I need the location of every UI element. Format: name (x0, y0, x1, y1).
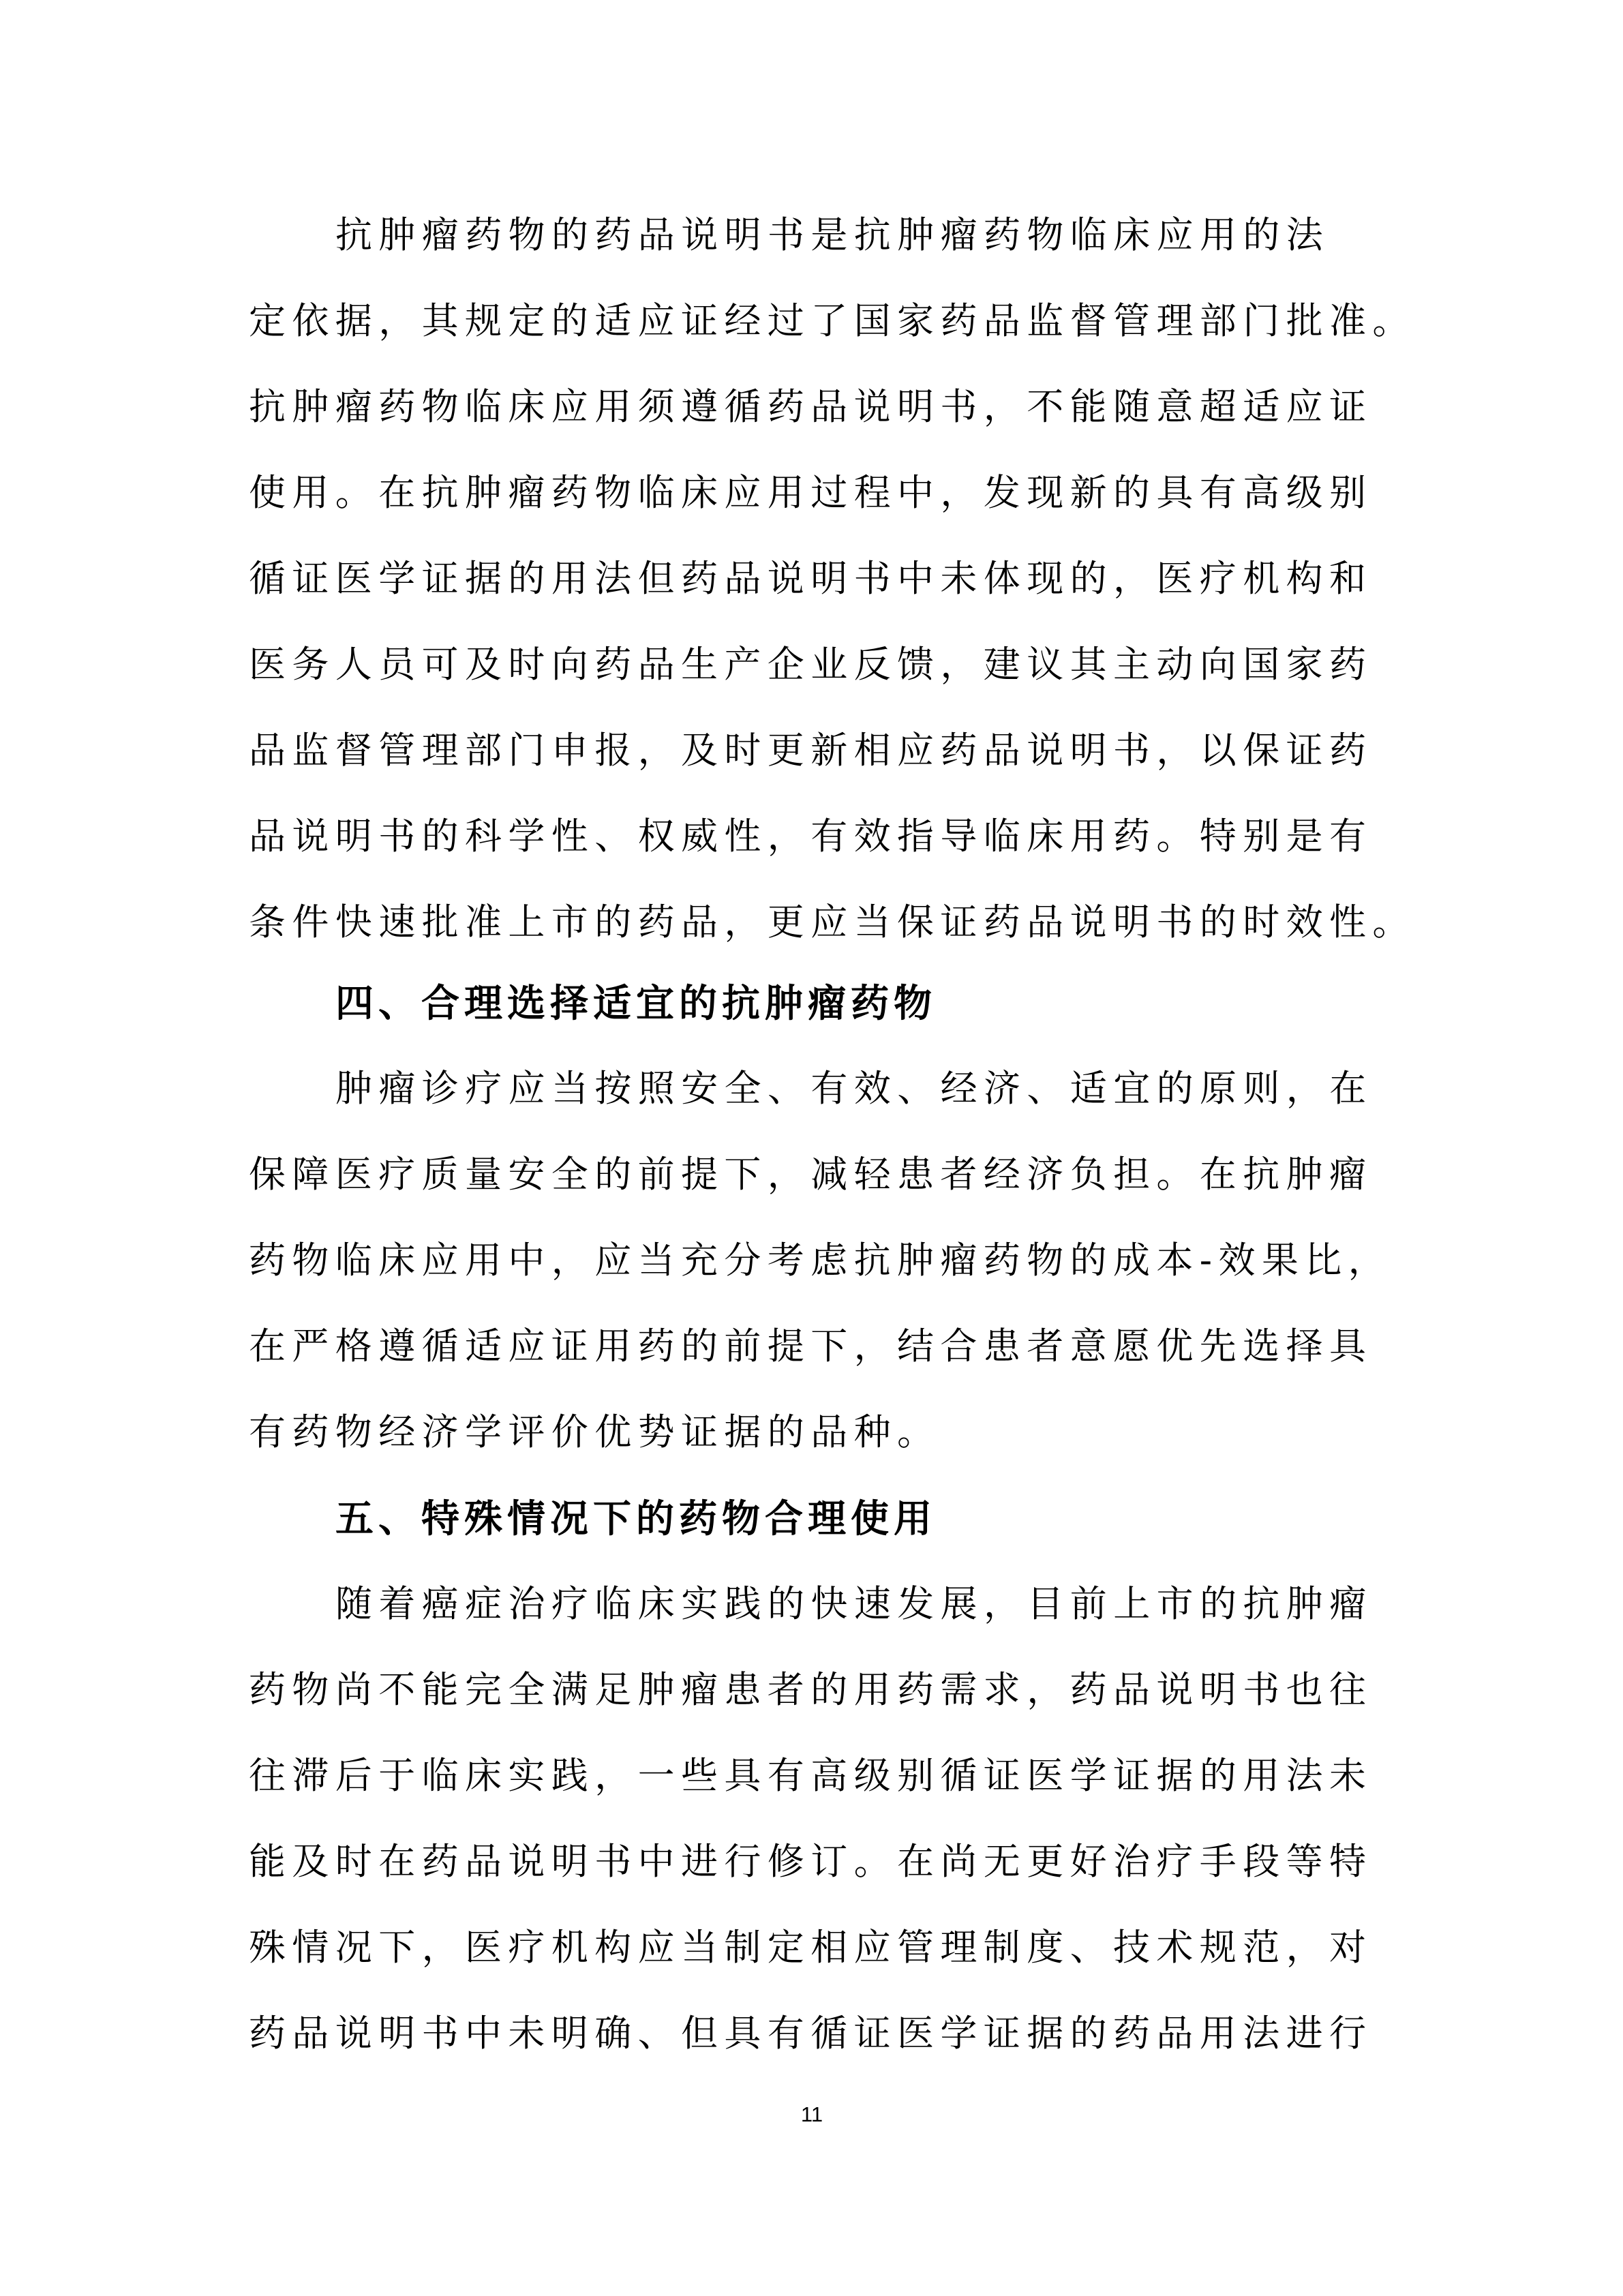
paragraph-line: 殊情况下，医疗机构应当制定相应管理制度、技术规范，对 (249, 1926, 1372, 2012)
paragraph-line: 肿瘤诊疗应当按照安全、有效、经济、适宜的原则，在 (335, 1067, 1373, 1153)
paragraph-line: 随着癌症治疗临床实践的快速发展，目前上市的抗肿瘤 (335, 1582, 1373, 1668)
paragraph-line: 品监督管理部门申报，及时更新相应药品说明书，以保证药 (249, 729, 1372, 815)
paragraph-line: 循证医学证据的用法但药品说明书中未体现的，医疗机构和 (249, 557, 1372, 643)
paragraph-line: 药物临床应用中，应当充分考虑抗肿瘤药物的成本-效果比， (249, 1239, 1391, 1325)
document-page: 抗肿瘤药物的药品说明书是抗肿瘤药物临床应用的法 定依据，其规定的适应证经过了国家… (0, 0, 1623, 2296)
paragraph-line: 使用。在抗肿瘤药物临床应用过程中，发现新的具有高级别 (249, 471, 1372, 557)
page-number: 11 (795, 2102, 829, 2127)
paragraph-line: 医务人员可及时向药品生产企业反馈，建议其主动向国家药 (249, 643, 1372, 729)
section-heading-4: 四、合理选择适宜的抗肿瘤药物 (335, 982, 937, 1068)
paragraph-line: 定依据，其规定的适应证经过了国家药品监督管理部门批准。 (249, 299, 1416, 385)
paragraph-line: 有药物经济学评价优势证据的品种。 (249, 1410, 940, 1496)
paragraph-line: 抗肿瘤药物的药品说明书是抗肿瘤药物临床应用的法 (335, 213, 1329, 299)
paragraph-line: 品说明书的科学性、权威性，有效指导临床用药。特别是有 (249, 815, 1372, 901)
paragraph-line: 能及时在药品说明书中进行修订。在尚无更好治疗手段等特 (249, 1840, 1372, 1926)
paragraph-line: 在严格遵循适应证用药的前提下，结合患者意愿优先选择具 (249, 1325, 1372, 1410)
section-heading-5: 五、特殊情况下的药物合理使用 (335, 1498, 937, 1584)
paragraph-line: 条件快速批准上市的药品，更应当保证药品说明书的时效性。 (249, 901, 1416, 986)
paragraph-line: 往滞后于临床实践，一些具有高级别循证医学证据的用法未 (249, 1754, 1372, 1840)
paragraph-line: 保障医疗质量安全的前提下，减轻患者经济负担。在抗肿瘤 (249, 1153, 1372, 1239)
paragraph-line: 抗肿瘤药物临床应用须遵循药品说明书，不能随意超适应证 (249, 385, 1372, 471)
paragraph-line: 药品说明书中未明确、但具有循证医学证据的药品用法进行 (249, 2012, 1372, 2098)
paragraph-line: 药物尚不能完全满足肿瘤患者的用药需求，药品说明书也往 (249, 1668, 1372, 1754)
